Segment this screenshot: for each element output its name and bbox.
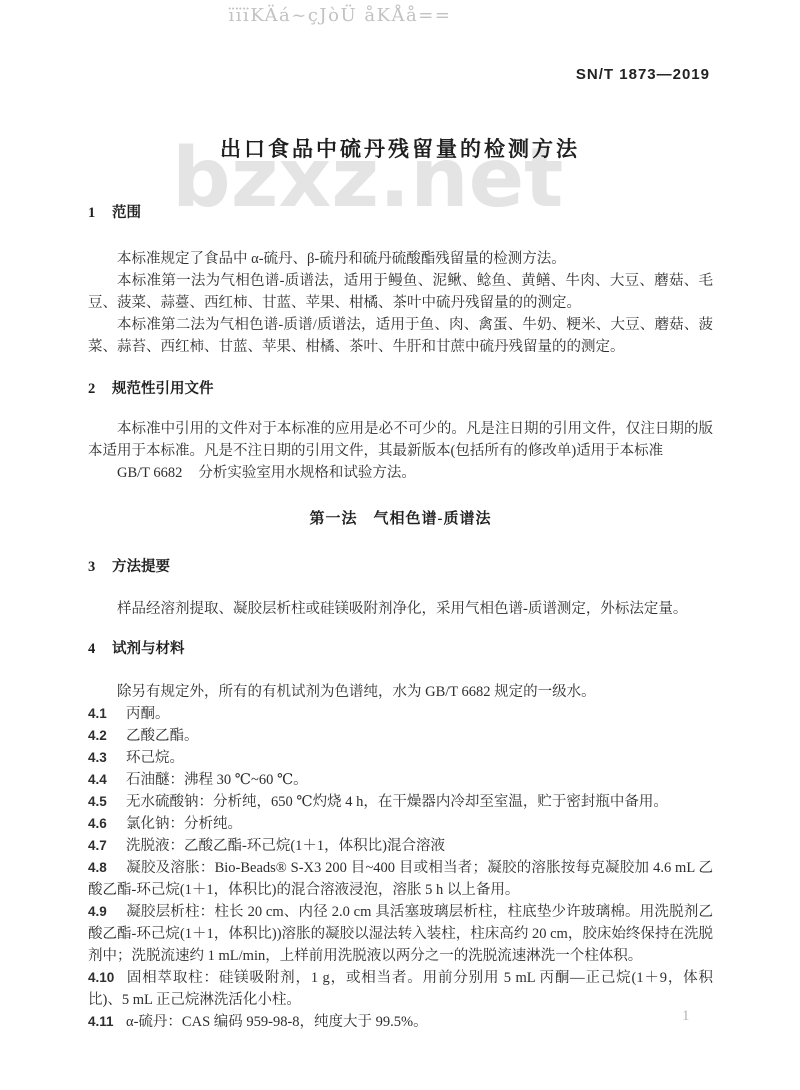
item-number: 4.2 <box>88 725 118 747</box>
item-number: 4.11 <box>88 1011 118 1033</box>
section-1-title: 范围 <box>112 205 141 221</box>
list-item: 4.8凝胶及溶胀：Bio-Beads® S-X3 200 目~400 目或相当者… <box>88 857 713 901</box>
section-4-title: 试剂与材料 <box>112 641 185 657</box>
document-body: 1范围 本标准规定了食品中 α-硫丹、β-硫丹和硫丹硫酸酯残留量的检测方法。 本… <box>88 202 713 1033</box>
header-garbled-text: ïïïKÄá~çJòÜ åKÅå== <box>0 5 680 26</box>
section-2-heading: 2规范性引用文件 <box>88 378 713 400</box>
section-2-number: 2 <box>88 378 112 400</box>
item-text: α-硫丹：CAS 编码 959-98-8，纯度大于 99.5%。 <box>126 1014 428 1030</box>
item-number: 4.7 <box>88 835 118 857</box>
section-4-number: 4 <box>88 638 112 660</box>
item-text: 固相萃取柱：硅镁吸附剂，1 g，或相当者。用前分别用 5 mL 丙酮—正己烷(1… <box>88 970 713 1008</box>
item-number: 4.8 <box>88 857 118 879</box>
item-number: 4.4 <box>88 769 118 791</box>
page-title: 出口食品中硫丹残留量的检测方法 <box>0 133 800 163</box>
item-number: 4.9 <box>88 901 118 923</box>
item-text: 凝胶及溶胀：Bio-Beads® S-X3 200 目~400 目或相当者；凝胶… <box>88 860 713 898</box>
item-text: 氯化钠：分析纯。 <box>126 816 242 832</box>
reference-code: GB/T 6682 <box>117 465 182 481</box>
section-1-paragraph-1: 本标准规定了食品中 α-硫丹、β-硫丹和硫丹硫酸酯残留量的检测方法。 <box>88 248 713 270</box>
item-number: 4.5 <box>88 791 118 813</box>
list-item: 4.10固相萃取柱：硅镁吸附剂，1 g，或相当者。用前分别用 5 mL 丙酮—正… <box>88 967 713 1011</box>
standard-code: SN/T 1873—2019 <box>576 66 710 83</box>
list-item: 4.4石油醚：沸程 30 ℃~60 ℃。 <box>88 769 713 791</box>
normative-reference: GB/T 6682分析实验室用水规格和试验方法。 <box>88 462 713 484</box>
section-1-heading: 1范围 <box>88 202 713 224</box>
section-3-title: 方法提要 <box>112 559 170 575</box>
list-item: 4.1丙酮。 <box>88 703 713 725</box>
list-item: 4.2乙酸乙酯。 <box>88 725 713 747</box>
item-number: 4.3 <box>88 747 118 769</box>
section-3-paragraph-1: 样品经溶剂提取、凝胶层析柱或硅镁吸附剂净化，采用气相色谱-质谱测定，外标法定量。 <box>88 598 713 620</box>
section-3-heading: 3方法提要 <box>88 556 713 578</box>
item-text: 无水硫酸钠：分析纯，650 ℃灼烧 4 h，在干燥器内冷却至室温，贮于密封瓶中备… <box>126 794 668 810</box>
section-4-heading: 4试剂与材料 <box>88 638 713 660</box>
item-text: 乙酸乙酯。 <box>126 728 199 744</box>
section-3-number: 3 <box>88 556 112 578</box>
method-1-label: 第一法 <box>309 511 357 527</box>
method-1-heading: 第一法气相色谱-质谱法 <box>88 508 713 530</box>
list-item: 4.9凝胶层析柱：柱长 20 cm、内径 2.0 cm 具活塞玻璃层析柱，柱底垫… <box>88 901 713 967</box>
list-item: 4.3环己烷。 <box>88 747 713 769</box>
list-item: 4.6氯化钠：分析纯。 <box>88 813 713 835</box>
section-2-title: 规范性引用文件 <box>112 381 214 397</box>
section-2-paragraph-1: 本标准中引用的文件对于本标准的应用是必不可少的。凡是注日期的引用文件，仅注日期的… <box>88 418 713 462</box>
document-page: ïïïKÄá~çJòÜ åKÅå== SN/T 1873—2019 bzxz.n… <box>0 0 800 1090</box>
list-item: 4.5无水硫酸钠：分析纯，650 ℃灼烧 4 h，在干燥器内冷却至室温，贮于密封… <box>88 791 713 813</box>
reference-title: 分析实验室用水规格和试验方法。 <box>198 465 416 481</box>
section-1-paragraph-2: 本标准第一法为气相色谱-质谱法，适用于鳗鱼、泥鳅、鲶鱼、黄鳝、牛肉、大豆、蘑菇、… <box>88 270 713 314</box>
reagent-list: 4.1丙酮。 4.2乙酸乙酯。 4.3环己烷。 4.4石油醚：沸程 30 ℃~6… <box>88 703 713 1033</box>
item-number: 4.6 <box>88 813 118 835</box>
method-1-name: 气相色谱-质谱法 <box>374 511 492 527</box>
item-text: 环己烷。 <box>126 750 184 766</box>
section-4-intro: 除另有规定外，所有的有机试剂为色谱纯，水为 GB/T 6682 规定的一级水。 <box>88 681 713 703</box>
item-text: 洗脱液：乙酸乙酯-环己烷(1＋1，体积比)混合溶液 <box>126 838 445 854</box>
list-item: 4.7洗脱液：乙酸乙酯-环己烷(1＋1，体积比)混合溶液 <box>88 835 713 857</box>
item-text: 凝胶层析柱：柱长 20 cm、内径 2.0 cm 具活塞玻璃层析柱，柱底垫少许玻… <box>88 904 713 964</box>
item-text: 石油醚：沸程 30 ℃~60 ℃。 <box>126 772 308 788</box>
item-text: 丙酮。 <box>126 706 170 722</box>
list-item: 4.11α-硫丹：CAS 编码 959-98-8，纯度大于 99.5%。 <box>88 1011 713 1033</box>
item-number: 4.1 <box>88 703 118 725</box>
section-1-paragraph-3: 本标准第二法为气相色谱-质谱/质谱法，适用于鱼、肉、禽蛋、牛奶、粳米、大豆、蘑菇… <box>88 314 713 358</box>
section-1-number: 1 <box>88 202 112 224</box>
item-number: 4.10 <box>88 967 118 989</box>
